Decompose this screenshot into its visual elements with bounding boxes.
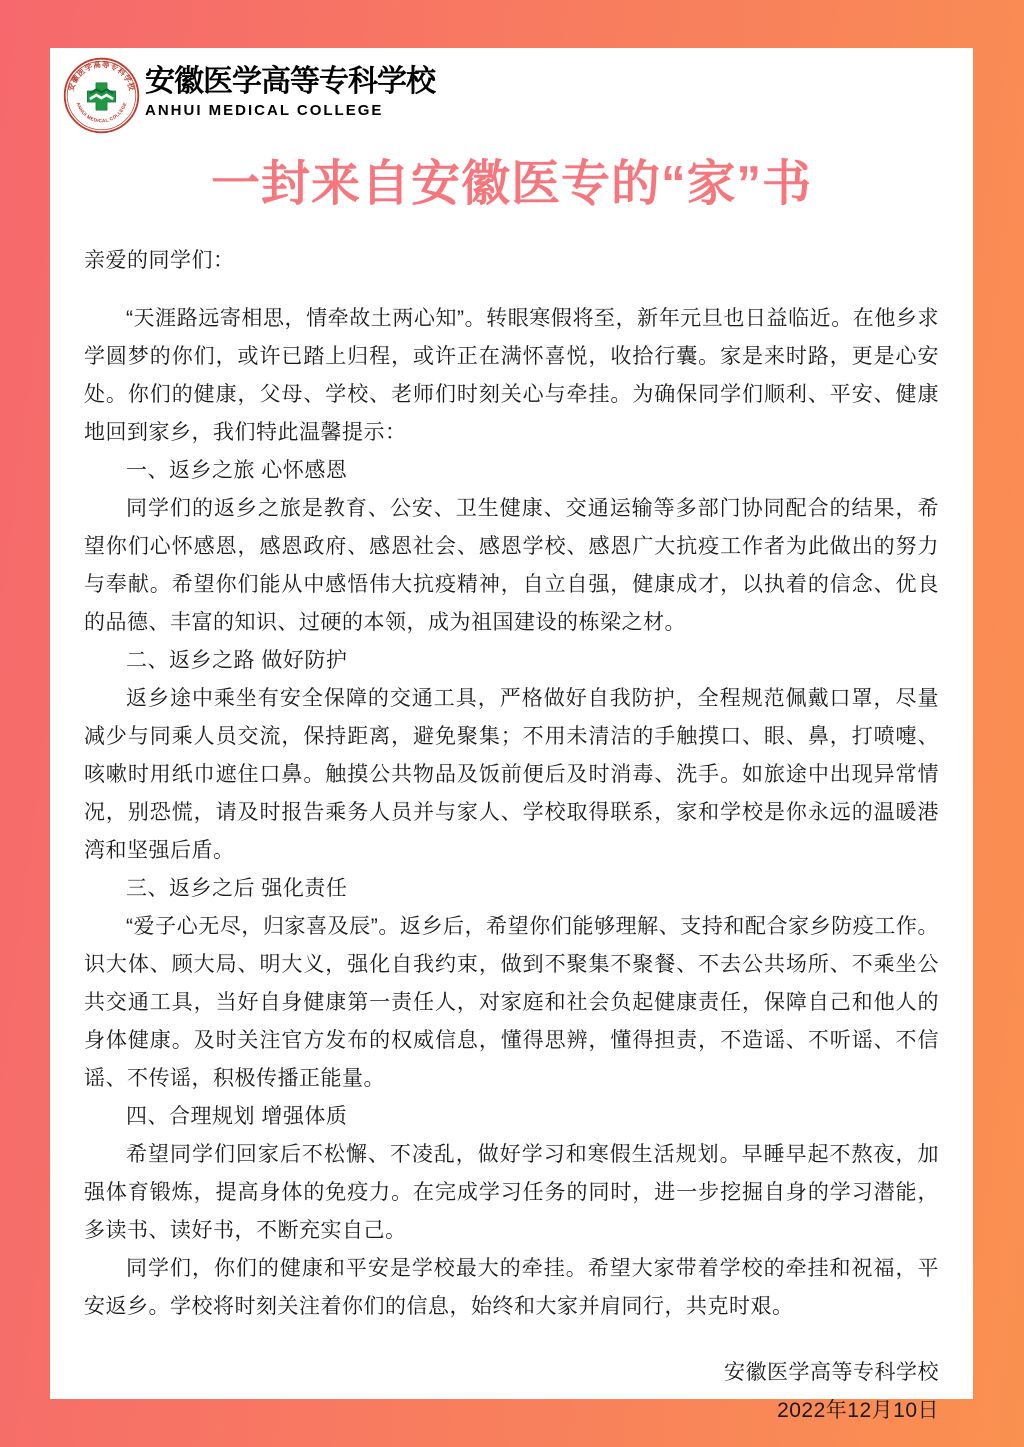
- letter-title: 一封来自安徽医专的“家”书: [50, 156, 973, 212]
- page-background: 安徽医学高等专科学校 ANHUI MEDICAL COLLEGE 安徽医学高等专…: [0, 0, 1024, 1447]
- section-heading: 三、返乡之后 强化责任: [84, 870, 939, 908]
- date: 2022年12月10日: [84, 1392, 939, 1430]
- college-name-zh: 安徽医学高等专科学校: [145, 65, 435, 99]
- college-name-en: ANHUI MEDICAL COLLEGE: [145, 102, 435, 119]
- section-heading: 二、返乡之路 做好防护: [84, 642, 939, 680]
- college-logo-icon: 安徽医学高等专科学校 ANHUI MEDICAL COLLEGE: [63, 57, 140, 134]
- letter-paragraph: 返乡途中乘坐有安全保障的交通工具，严格做好自我防护，全程规范佩戴口罩，尽量减少与…: [84, 680, 939, 870]
- letter-body: 亲爱的同学们： “天涯路远寄相思，情牵故土两心知”。转眼寒假将至，新年元旦也日益…: [84, 242, 939, 1430]
- section-heading: 四、合理规划 增强体质: [84, 1098, 939, 1136]
- letter-paragraph: “爱子心无尽，归家喜及辰”。返乡后，希望你们能够理解、支持和配合家乡防疫工作。识…: [84, 908, 939, 1098]
- letter-paragraph: 同学们的返乡之旅是教育、公安、卫生健康、交通运输等多部门协同配合的结果，希望你们…: [84, 490, 939, 642]
- section-heading: 一、返乡之旅 心怀感恩: [84, 452, 939, 490]
- college-names: 安徽医学高等专科学校 ANHUI MEDICAL COLLEGE: [145, 65, 435, 119]
- letter-paragraph: 同学们，你们的健康和平安是学校最大的牵挂。希望大家带着学校的牵挂和祝福，平安返乡…: [84, 1250, 939, 1326]
- college-header: 安徽医学高等专科学校 ANHUI MEDICAL COLLEGE 安徽医学高等专…: [63, 57, 435, 134]
- letter-paragraph: “天涯路远寄相思，情牵故土两心知”。转眼寒假将至，新年元旦也日益临近。在他乡求学…: [84, 300, 939, 452]
- signature: 安徽医学高等专科学校: [84, 1354, 939, 1392]
- letter-paragraphs: “天涯路远寄相思，情牵故土两心知”。转眼寒假将至，新年元旦也日益临近。在他乡求学…: [84, 300, 939, 1326]
- salutation: 亲爱的同学们：: [84, 242, 939, 280]
- letter-card: 安徽医学高等专科学校 ANHUI MEDICAL COLLEGE 安徽医学高等专…: [50, 48, 973, 1399]
- letter-paragraph: 希望同学们回家后不松懈、不凌乱，做好学习和寒假生活规划。早睡早起不熬夜，加强体育…: [84, 1136, 939, 1250]
